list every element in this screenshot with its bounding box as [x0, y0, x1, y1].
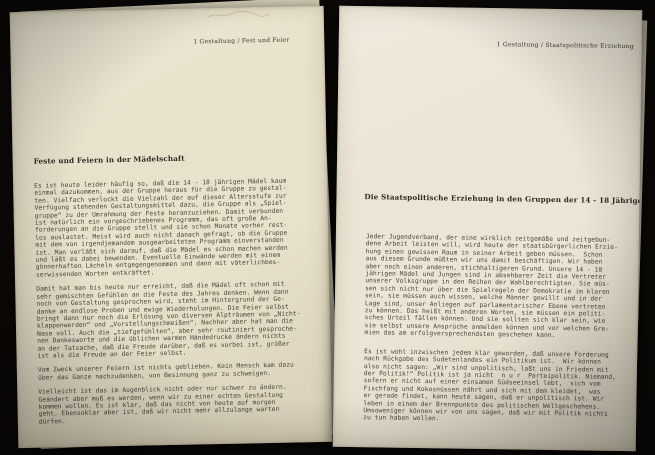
pencil-mark [206, 7, 272, 22]
right-page: 1 Gestaltung / Staatspolitische Erziehun… [333, 6, 643, 451]
right-page-title: Die Staatspolitische Erziehung in den Gr… [364, 192, 642, 205]
left-page-body: Es ist heute leider häufig so, daß die 1… [34, 177, 309, 433]
paragraph: Vom Zweck unserer Feiern ist nichts gebl… [38, 362, 308, 382]
paragraph: Es ist heute leider häufig so, daß die 1… [34, 177, 306, 279]
left-page-title: Feste und Feiern in der Mädelschaft [34, 154, 185, 166]
right-page-body: Jeder Jugendverband, der eine wirklich z… [363, 233, 632, 437]
paragraph: Es ist wohl inzwischen jedem klar geword… [363, 348, 630, 426]
left-page-running-header: 1 Gestaltung / Fest und Feier [193, 37, 289, 46]
paragraph: Damit hat man bis heute nur erreicht, da… [36, 281, 307, 360]
paragraph: Vielleicht ist das im Augenblick nicht o… [38, 383, 309, 425]
right-page-running-header: 1 Gestaltung / Staatspolitische Erziehun… [497, 41, 634, 50]
left-page: 1 Gestaltung / Fest und Feier Feste und … [10, 6, 333, 448]
paragraph: Jeder Jugendverband, der eine wirklich z… [364, 233, 632, 341]
